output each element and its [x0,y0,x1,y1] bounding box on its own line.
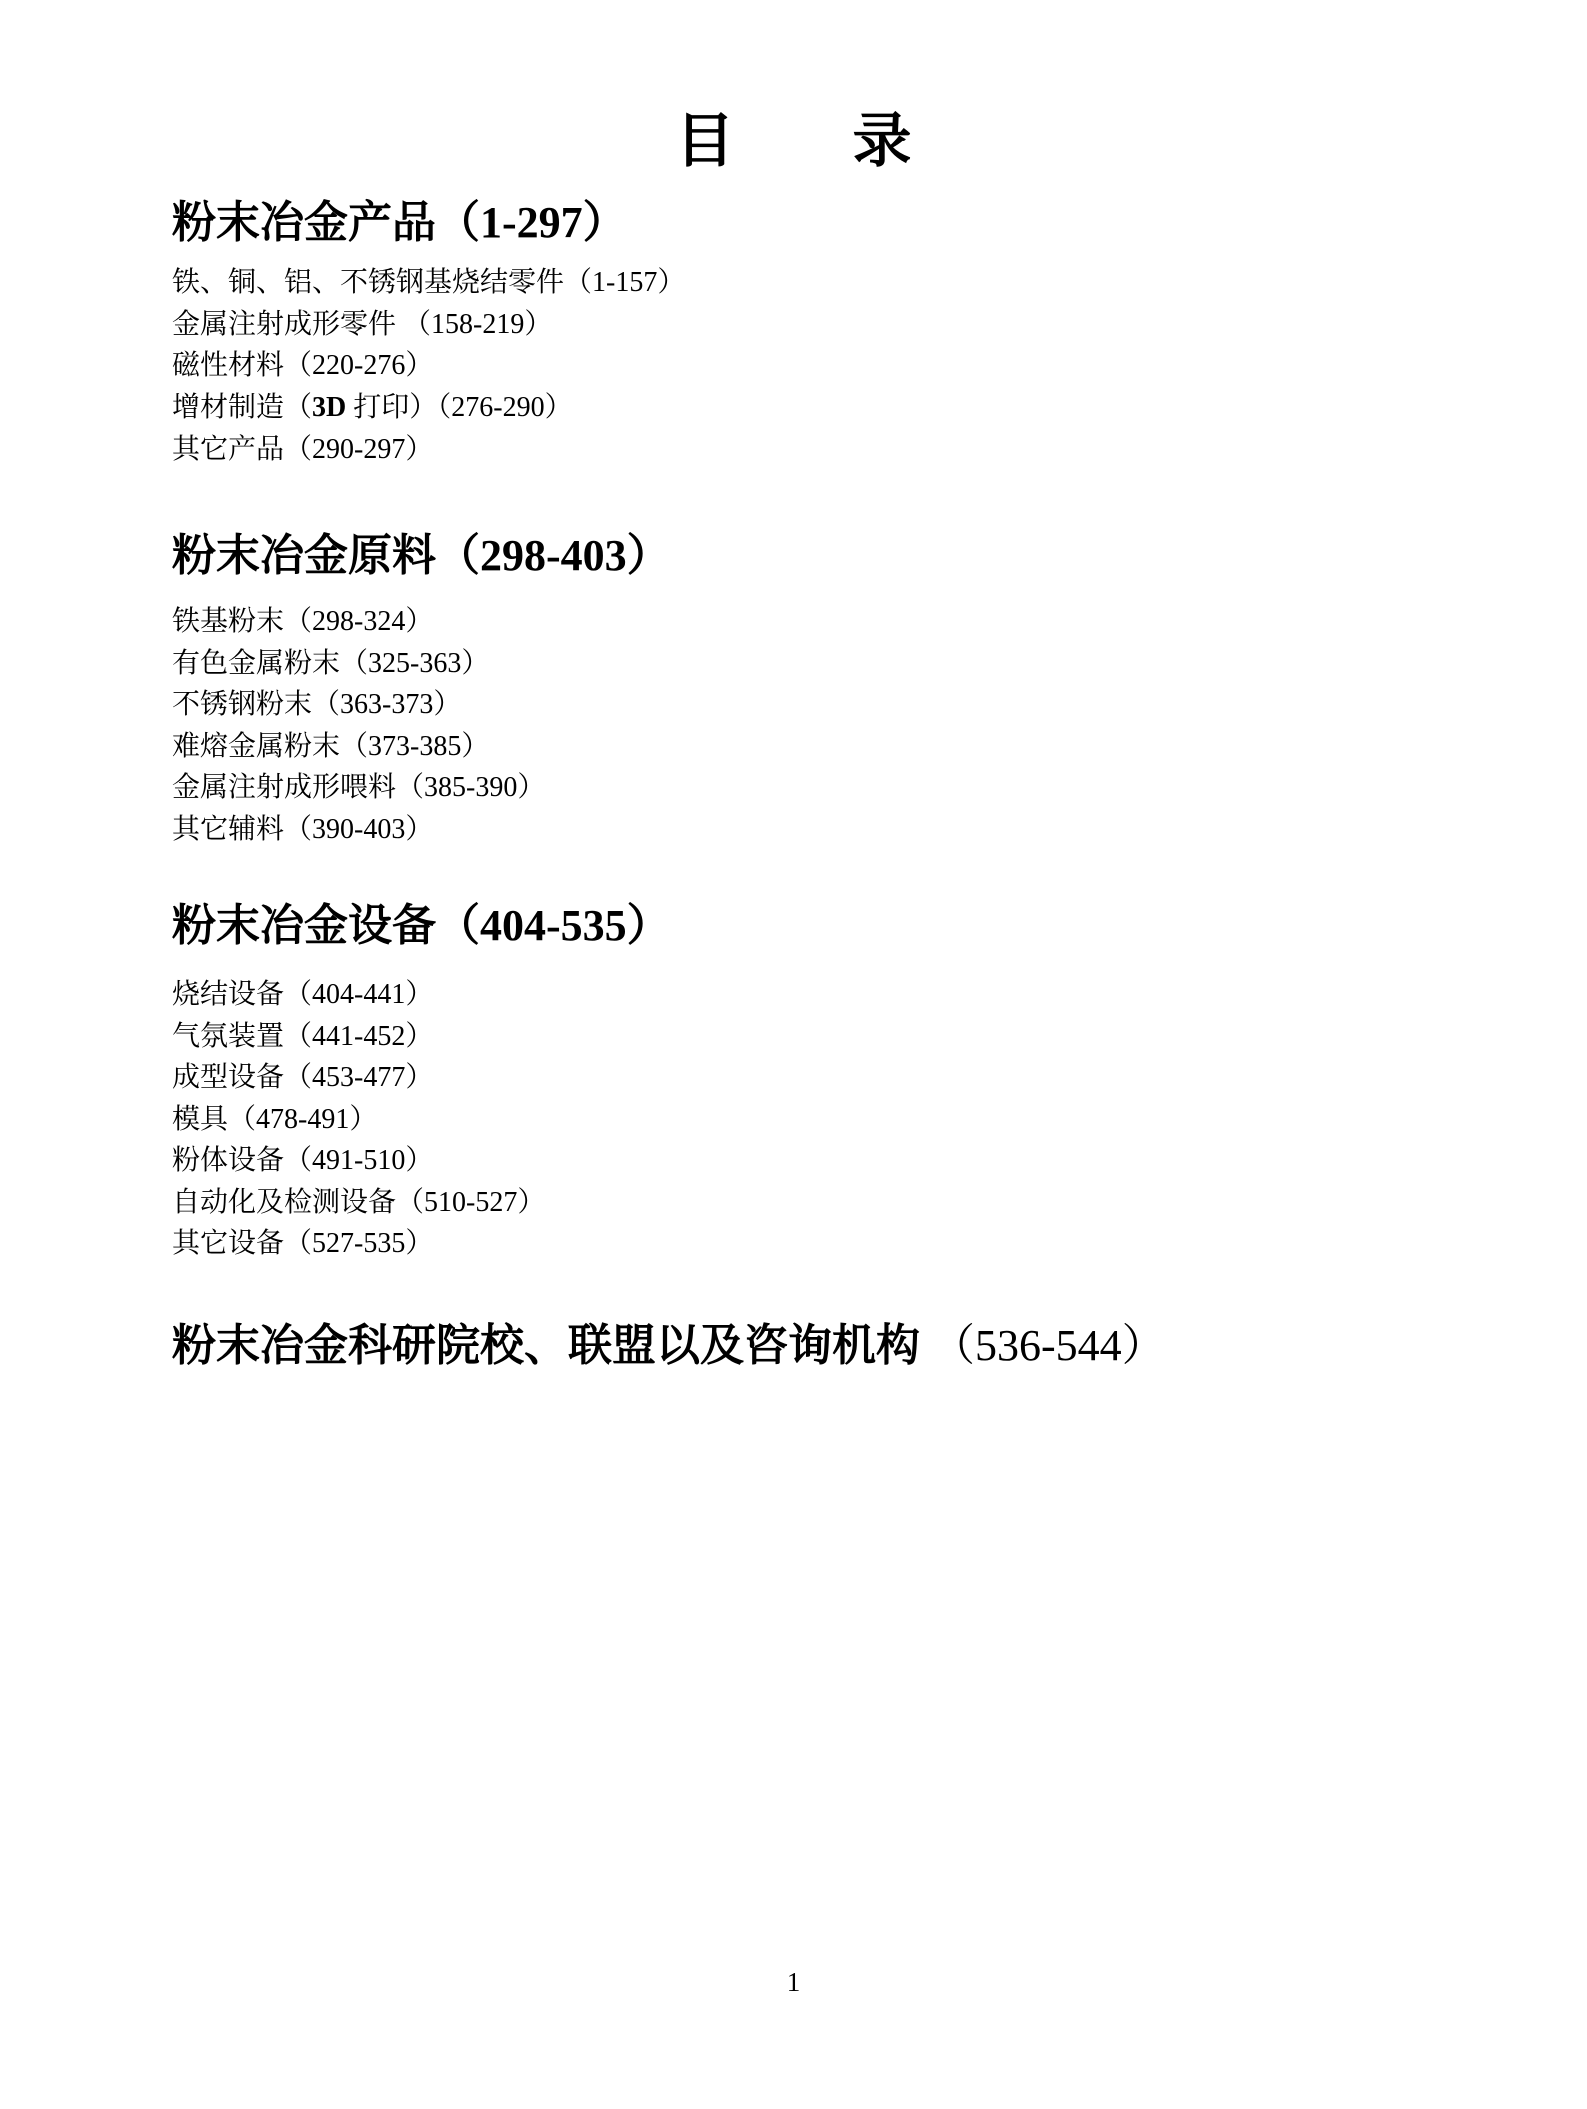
toc-item-additive-manufacturing-3d: 3D [312,392,346,423]
toc-item-additive-manufacturing: 增材制造（3D 打印）（276-290） [172,394,573,422]
section-heading-products-label: 粉末冶金产品 [172,198,436,247]
toc-item-sintering-equipment: 烧结设备（404-441） [172,981,433,1009]
toc-item-additive-manufacturing-post: 打印）（276-290） [346,392,572,423]
section-heading-equipment: 粉末冶金设备（404-535） [172,904,671,948]
toc-item-refractory-metal-powder: 难熔金属粉末（373-385） [172,733,489,761]
toc-item-additive-manufacturing-pre: 增材制造（ [172,392,312,423]
toc-item-nonferrous-powder: 有色金属粉末（325-363） [172,650,489,678]
section-heading-products: 粉末冶金产品（1-297） [172,201,627,245]
section-heading-research-institutes-range: （536-544） [920,1321,1166,1370]
toc-item-mim-feedstock: 金属注射成形喂料（385-390） [172,774,545,802]
section-heading-research-institutes-label: 粉末冶金科研院校、联盟以及咨询机构 [172,1321,920,1370]
toc-item-automation-testing-equipment: 自动化及检测设备（510-527） [172,1189,545,1217]
toc-item-forming-equipment: 成型设备（453-477） [172,1064,433,1092]
section-heading-raw-materials-range: （298-403） [436,531,671,580]
toc-item-stainless-steel-powder: 不锈钢粉末（363-373） [172,691,461,719]
toc-item-sintered-parts: 铁、铜、铝、不锈钢基烧结零件（1-157） [172,269,685,297]
section-heading-equipment-range: （404-535） [436,901,671,950]
toc-item-atmosphere-devices: 气氛装置（441-452） [172,1023,433,1051]
toc-item-magnetic-materials: 磁性材料（220-276） [172,352,433,380]
toc-item-iron-based-powder: 铁基粉末（298-324） [172,608,433,636]
section-heading-equipment-label: 粉末冶金设备 [172,901,436,950]
section-heading-raw-materials-label: 粉末冶金原料 [172,531,436,580]
toc-item-other-equipment: 其它设备（527-535） [172,1230,433,1258]
toc-item-molds: 模具（478-491） [172,1106,377,1134]
toc-item-mim-parts: 金属注射成形零件 （158-219） [172,311,552,339]
section-heading-products-range: （1-297） [436,198,627,247]
toc-item-other-products: 其它产品（290-297） [172,436,433,464]
section-heading-raw-materials: 粉末冶金原料（298-403） [172,534,671,578]
toc-page: 目 录 粉末冶金产品（1-297） 铁、铜、铝、不锈钢基烧结零件（1-157） … [0,0,1587,2109]
page-title: 目 录 [0,112,1587,171]
toc-item-powder-equipment: 粉体设备（491-510） [172,1147,433,1175]
toc-item-other-auxiliary-materials: 其它辅料（390-403） [172,816,433,844]
page-number: 1 [0,1969,1587,1996]
section-heading-research-institutes: 粉末冶金科研院校、联盟以及咨询机构 （536-544） [172,1324,1166,1368]
